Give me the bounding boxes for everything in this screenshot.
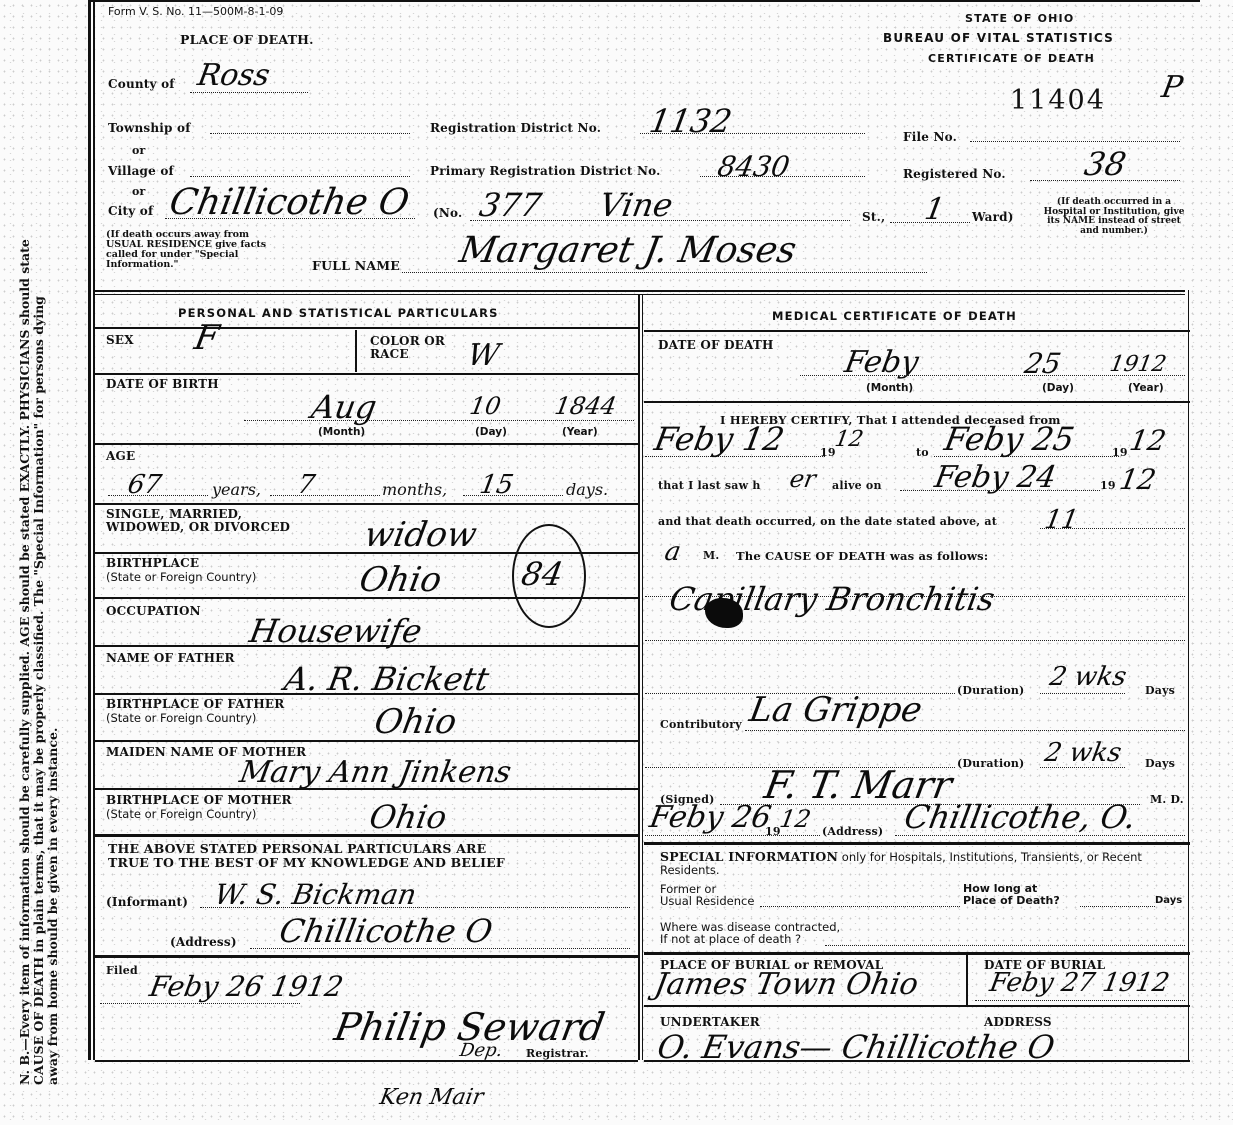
personal-section-title: PERSONAL AND STATISTICAL PARTICULARS — [178, 306, 499, 320]
village-label: Village of — [108, 164, 174, 178]
last-saw-pronoun: er — [788, 465, 819, 493]
file-no-label: File No. — [903, 130, 957, 144]
city-label: City of — [108, 204, 153, 218]
father-label: NAME OF FATHER — [106, 651, 235, 665]
undertaker-address-label: ADDRESS — [984, 1015, 1052, 1029]
frame-right — [1188, 290, 1189, 1060]
filed-value: Feby 26 1912 — [147, 970, 346, 1003]
reg-district-value: 1132 — [647, 102, 735, 140]
age-years: 67 — [125, 470, 163, 500]
marital-label: SINGLE, MARRIED, WIDOWED, OR DIVORCED — [106, 508, 290, 534]
registered-no-label: Registered No. — [903, 167, 1006, 181]
how-long-label: How long at Place of Death? — [963, 883, 1060, 907]
attended-from: Feby 12 — [652, 420, 788, 458]
birthplace-label: BIRTHPLACE — [106, 556, 199, 570]
city-value: Chillicothe O — [166, 182, 412, 223]
burial-date-value: Feby 27 1912 — [987, 968, 1171, 998]
township-label: Township of — [108, 121, 191, 135]
special-info-heading: SPECIAL INFORMATION only for Hospitals, … — [660, 850, 1190, 877]
informant-address-label: (Address) — [170, 935, 237, 949]
dob-day: 10 — [468, 392, 503, 420]
signed-date: Feby 26 — [647, 800, 774, 835]
side-note: N. B.—Every item of information should b… — [18, 239, 60, 1085]
column-divider — [638, 295, 640, 1060]
hospital-note: (If death occurred in a Hospital or Inst… — [1040, 198, 1188, 236]
last-saw-date: Feby 24 — [932, 460, 1059, 495]
dob-label: DATE OF BIRTH — [106, 377, 219, 391]
mother-value: Mary Ann Jinkens — [237, 755, 514, 790]
duration-value-2: 2 wks — [1042, 738, 1123, 768]
frame-left — [88, 0, 91, 1060]
marital-value: widow — [361, 515, 479, 555]
dob-month: Aug — [309, 388, 380, 426]
burial-place-value: James Town Ohio — [652, 967, 921, 1002]
frame-left-inner — [93, 0, 95, 1060]
stamp-number: 11404 — [1010, 85, 1106, 116]
registrar-dep: Dep. — [458, 1040, 504, 1061]
contributory-label: Contributory — [660, 718, 742, 731]
filed-label: Filed — [106, 964, 138, 977]
street-no-label: (No. — [433, 206, 462, 220]
street-name-value: Vine — [597, 186, 676, 224]
county-value: Ross — [195, 58, 273, 93]
stamp-suffix: P — [1159, 70, 1185, 105]
age-days: 15 — [477, 470, 515, 500]
to-year: 12 — [1127, 424, 1168, 457]
circled-code: 84 — [519, 555, 566, 593]
primary-district-value: 8430 — [715, 150, 792, 183]
undertaker-label: UNDERTAKER — [660, 1015, 760, 1029]
birthplace-value: Ohio — [356, 560, 444, 600]
signed-year: 12 — [778, 805, 813, 833]
ink-blot — [705, 598, 743, 628]
bureau-title: BUREAU OF VITAL STATISTICS — [883, 31, 1114, 45]
duration-value-1: 2 wks — [1047, 662, 1128, 692]
attestation: THE ABOVE STATED PERSONAL PARTICULARS AR… — [108, 842, 505, 870]
ward-label: Ward) — [972, 210, 1014, 224]
disease-contracted-label: Where was disease contracted, If not at … — [660, 921, 840, 945]
color-value: W — [465, 338, 502, 373]
reg-district-label: Registration District No. — [430, 121, 601, 135]
mother-birthplace-label: BIRTHPLACE OF MOTHER — [106, 793, 292, 807]
state-title: STATE OF OHIO — [965, 12, 1074, 25]
age-label: AGE — [106, 449, 135, 463]
registered-no-value: 38 — [1082, 145, 1129, 183]
mother-birthplace-value: Ohio — [367, 798, 450, 836]
cause-text: The CAUSE OF DEATH was as follows: — [736, 549, 988, 563]
meridiem-value: a — [662, 537, 683, 567]
physician-address-value: Chillicothe, O. — [902, 798, 1139, 836]
informant-label: (Informant) — [106, 895, 188, 909]
color-race-label: COLOR OR RACE — [370, 335, 445, 361]
dod-month: Feby — [842, 345, 921, 380]
death-time-value: 11 — [1042, 505, 1080, 535]
certificate-title: CERTIFICATE OF DEATH — [928, 52, 1095, 65]
dod-label: DATE OF DEATH — [658, 338, 774, 352]
street-label: St., — [862, 210, 885, 224]
contributory-value: La Grippe — [746, 690, 925, 730]
sex-value: F — [191, 318, 222, 358]
from-year: 12 — [833, 427, 865, 452]
street-no-value: 377 — [477, 186, 545, 224]
registrar-label: Registrar. — [526, 1047, 589, 1060]
full-name-value: Margaret J. Moses — [456, 230, 799, 271]
bottom-note: Ken Mair — [378, 1085, 486, 1110]
county-label: County of — [108, 77, 175, 91]
dod-day: 25 — [1022, 347, 1063, 380]
occupation-label: OCCUPATION — [106, 604, 201, 618]
attended-to: Feby 25 — [942, 420, 1078, 458]
dod-year: 1912 — [1108, 352, 1168, 377]
dob-year: 1844 — [553, 392, 619, 420]
form-number: Form V. S. No. 11—500M-8-1-09 — [108, 5, 283, 18]
informant-address-value: Chillicothe O — [277, 912, 496, 950]
father-birthplace-label: BIRTHPLACE OF FATHER — [106, 697, 284, 711]
medical-section-title: MEDICAL CERTIFICATE OF DEATH — [772, 309, 1017, 323]
last-saw-year: 12 — [1117, 463, 1158, 496]
father-birthplace-value: Ohio — [371, 702, 459, 742]
away-note: (If death occurs away from USUAL RESIDEN… — [106, 230, 286, 270]
place-of-death-title: PLACE OF DEATH. — [180, 32, 314, 47]
informant-value: W. S. Bickman — [212, 878, 419, 911]
primary-district-label: Primary Registration District No. — [430, 164, 661, 178]
frame-top — [90, 0, 1200, 2]
former-residence-label: Former or Usual Residence — [660, 883, 754, 907]
full-name-label: FULL NAME — [312, 258, 400, 273]
sex-label: SEX — [106, 333, 134, 347]
